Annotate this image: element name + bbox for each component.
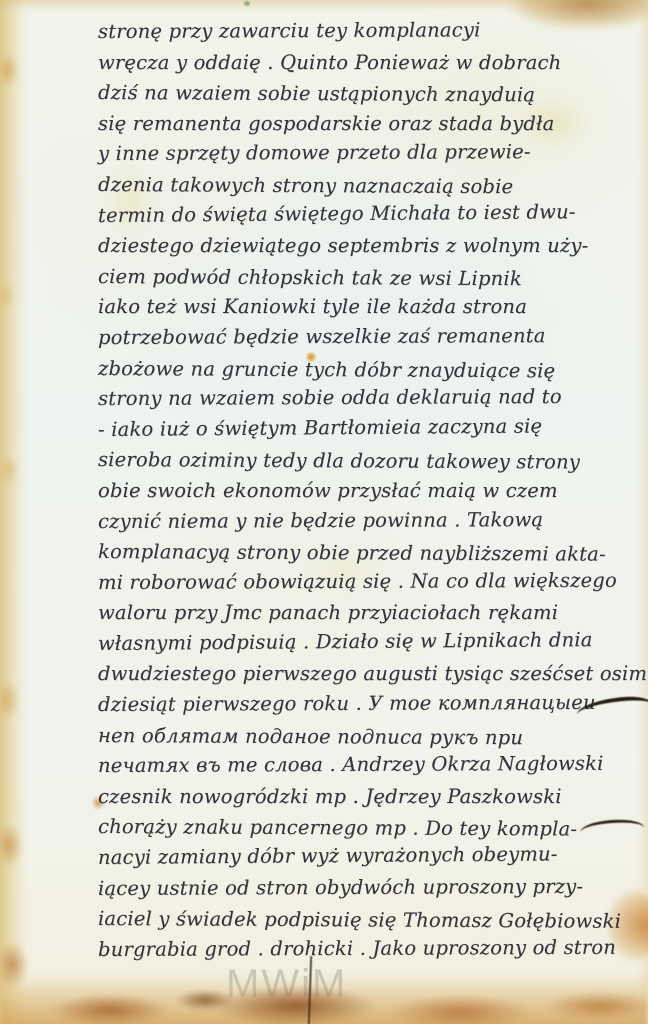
manuscript-line: waloru przy Jmc panach przyiaciołach ręk…	[98, 598, 646, 629]
manuscript-line: sieroba oziminy tedy dla dozoru takowey …	[98, 445, 646, 478]
manuscript-line: iako też wsi Kaniowki tyle ile każda str…	[98, 292, 646, 323]
manuscript-line: się remanenta gospodarskie oraz stada by…	[98, 109, 646, 140]
manuscript-line: mi roborować obowiązuią się . Na co dla …	[98, 565, 646, 598]
manuscript-line: potrzebować będzie wszelkie zaś remanent…	[98, 321, 646, 354]
manuscript-line: dziesiąt pierwszego roku . У тое комплян…	[98, 688, 646, 721]
manuscript-line: własnymi podpisuią . Działo się w Lipnik…	[98, 625, 646, 660]
manuscript-line: czynić niema y nie będzie powinna . Tako…	[98, 504, 646, 537]
left-edge-stain-spots	[0, 0, 46, 1024]
manuscript-line: iącey ustnie od stron obydwóch uproszony…	[98, 871, 646, 904]
bottom-stain-band	[0, 974, 648, 1024]
manuscript-line: печатях въ те слова . Andrzey Okrza Nagł…	[98, 749, 646, 782]
manuscript-line: stronę przy zawarciu tey komplanacyi	[98, 15, 646, 48]
manuscript-text: stronę przy zawarciu tey komplanacyiwręc…	[98, 17, 646, 965]
manuscript-line: czesnik nowogródzki mp . Jędrzey Paszkow…	[98, 782, 646, 813]
manuscript-line: - iako iuż o świętym Bartłomieia zaczyna…	[98, 410, 646, 445]
manuscript-page: stronę przy zawarciu tey komplanacyiwręc…	[0, 0, 648, 1024]
manuscript-line: nacyi zamiany dóbr wyż wyrażonych obeymu…	[98, 839, 646, 874]
manuscript-line: y inne sprzęty domowe przeto dla przewie…	[98, 137, 646, 170]
manuscript-line: termin do święta świętego Michała to ies…	[98, 196, 646, 231]
manuscript-line: burgrabia grod . drohicki . Jako uproszo…	[98, 932, 646, 965]
manuscript-line: obie swoich ekonomów przysłać maią w cze…	[98, 476, 646, 507]
manuscript-line: dziś na wzaiem sobie ustąpionych znaydui…	[98, 78, 646, 111]
manuscript-line: dziestego dziewiątego septembris z wolny…	[98, 231, 646, 262]
manuscript-line: wręcza y oddaię . Quinto Ponieważ w dobr…	[98, 48, 646, 79]
green-speck	[244, 1, 250, 6]
manuscript-line: ciem podwód chłopskich tak ze wsi Lipnik	[98, 262, 646, 295]
manuscript-line: dwudziestego pierwszego augusti tysiąc s…	[98, 659, 646, 690]
manuscript-line: strony na wzaiem sobie odda deklaruią na…	[98, 382, 646, 415]
